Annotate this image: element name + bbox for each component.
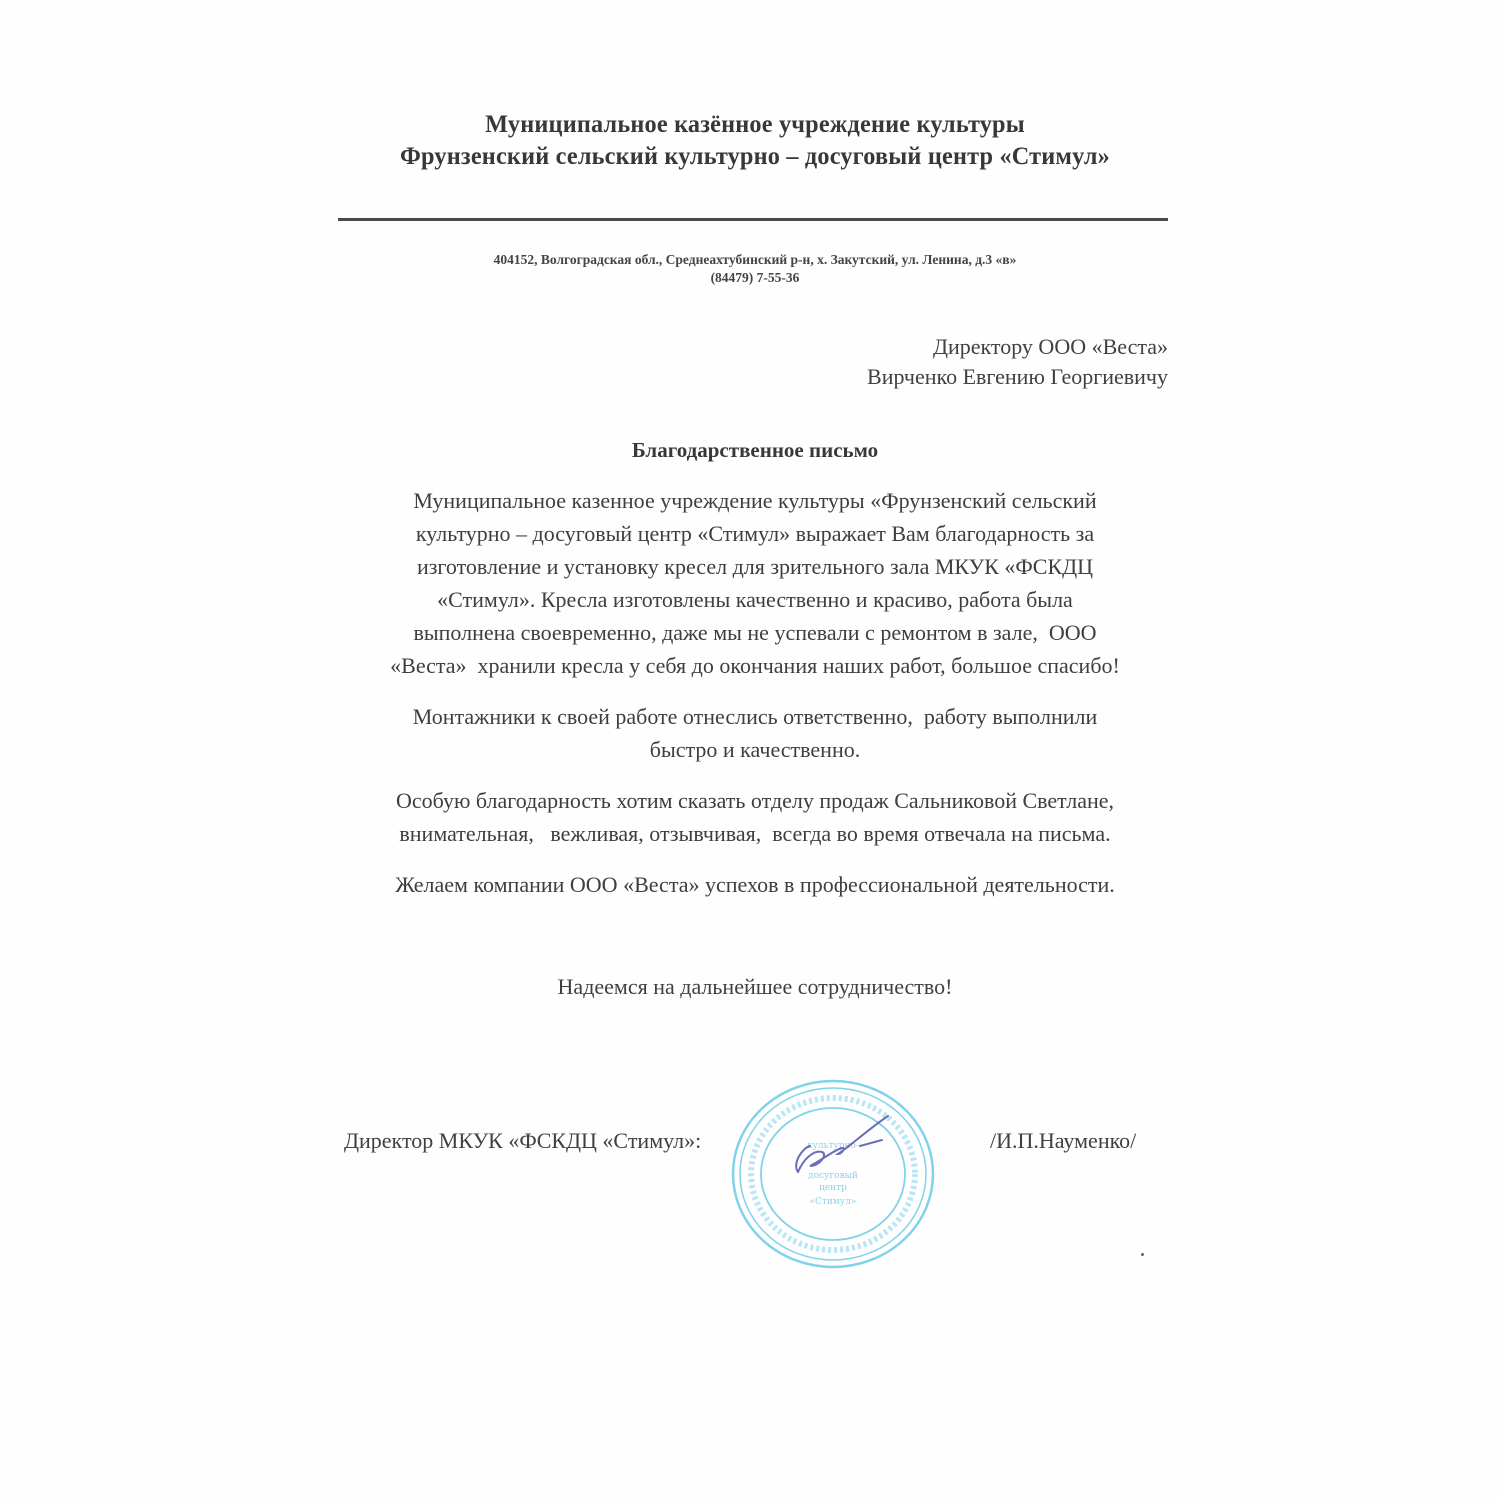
body-paragraph-3-line: Особую благодарность хотим сказать отдел…: [300, 788, 1210, 814]
body-paragraph-4-line: Желаем компании ООО «Веста» успехов в пр…: [300, 872, 1210, 898]
org-name-line-2: Фрунзенский сельский культурно – досугов…: [314, 143, 1197, 171]
body-paragraph-1-line: «Веста» хранили кресла у себя до окончан…: [300, 653, 1210, 679]
letter-page: Муниципальное казённое учреждение культу…: [0, 0, 1500, 1500]
official-stamp-icon: культурно- досуговый центр «Стимул»: [730, 1078, 936, 1270]
body-paragraph-2-line: быстро и качественно.: [300, 737, 1210, 763]
signatory-name: /И.П.Науменко/: [990, 1128, 1136, 1154]
body-paragraph-2-line: Монтажники к своей работе отнеслись отве…: [300, 704, 1210, 730]
closing-line: Надеемся на дальнейшее сотрудничество!: [300, 974, 1210, 1000]
body-paragraph-3-line: внимательная, вежливая, отзывчивая, всег…: [300, 821, 1210, 847]
body-paragraph-1-line: Муниципальное казенное учреждение культу…: [300, 488, 1210, 514]
svg-text:культурно-: культурно-: [807, 1141, 859, 1151]
org-name-line-1: Муниципальное казённое учреждение культу…: [314, 111, 1197, 139]
scan-speck: [1141, 1253, 1144, 1256]
svg-text:досуговый: досуговый: [808, 1171, 858, 1181]
svg-text:центр: центр: [819, 1183, 847, 1193]
body-paragraph-1-line: выполнена своевременно, даже мы не успев…: [300, 620, 1210, 646]
org-phone: (84479) 7-55-36: [300, 270, 1210, 286]
body-paragraph-1-line: «Стимул». Кресла изготовлены качественно…: [300, 587, 1210, 613]
recipient-position: Директору ООО «Веста»: [933, 334, 1168, 360]
recipient-name: Вирченко Евгению Георгиевичу: [867, 364, 1168, 390]
document-title: Благодарственное письмо: [300, 438, 1210, 463]
signatory-role: Директор МКУК «ФСКДЦ «Стимул»:: [344, 1128, 701, 1154]
header-divider: [338, 218, 1168, 221]
org-address: 404152, Волгоградская обл., Среднеахтуби…: [300, 252, 1210, 268]
body-paragraph-1-line: культурно – досуговый центр «Стимул» выр…: [300, 521, 1210, 547]
body-paragraph-1-line: изготовление и установку кресел для зрит…: [300, 554, 1210, 580]
svg-text:«Стимул»: «Стимул»: [810, 1197, 857, 1207]
